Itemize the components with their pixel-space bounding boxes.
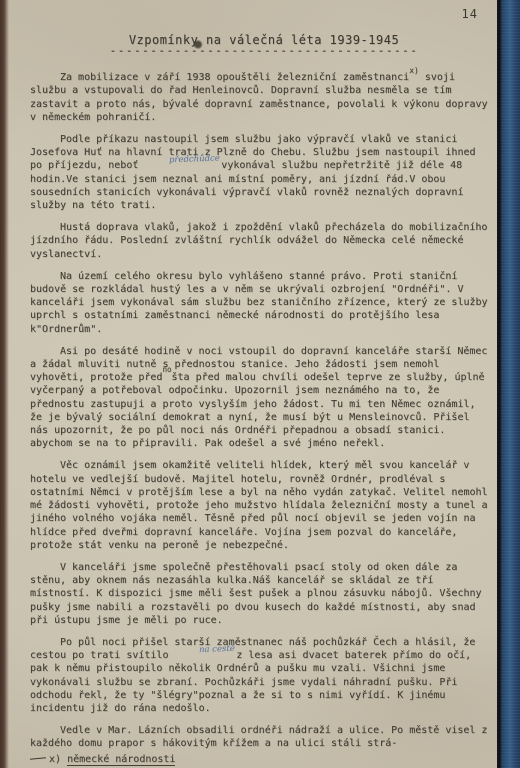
scanned-document-page: 14 Vzpomínky na válečná léta 1939-1945 -…	[0, 0, 520, 768]
book-binding-texture	[500, 0, 520, 768]
paragraph-text: Na území celého okresu bylo vyhlášeno st…	[30, 271, 488, 335]
paragraph-dense-traffic: Hustá doprava vlaků, jakož i zpoždění vl…	[30, 221, 488, 261]
paragraph-patrol-commander: Věc oznámil jsem okamžitě veliteli hlíde…	[30, 459, 488, 551]
paragraph-marianske-lazne: Vedle v Mar. Lázních obsadili ordnéři ná…	[30, 724, 488, 750]
handwritten-insertion: na cestě	[170, 649, 236, 651]
paragraph-office-preparation: V kanceláři jsme společně přestěhovali p…	[30, 561, 488, 627]
footnote-mark: x)	[49, 754, 61, 765]
paragraph-text: Za mobilizace v září 1938 opouštěli žele…	[60, 72, 409, 83]
paragraph-martial-law: Na území celého okresu bylo vyhlášeno st…	[30, 270, 488, 336]
footnote-text: německé národnosti	[67, 754, 175, 767]
title-underline: --------------------------------------	[40, 47, 488, 55]
paragraph-text: Věc oznámil jsem okamžitě veliteli hlíde…	[30, 460, 488, 550]
typed-correction: no	[162, 365, 171, 374]
paragraph-german-visitor: Asi po desáté hodině v noci vstoupil do …	[30, 345, 488, 451]
footnote-stroke	[30, 757, 46, 759]
paragraph-text: V kanceláři jsme společně přestěhovali p…	[30, 562, 482, 626]
page-left-scan-edge	[0, 0, 9, 768]
paragraph-patrolman-report: Po půl noci přišel starší zaměstnanec ná…	[30, 636, 488, 715]
paragraph-mobilization-1938: Za mobilizace v září 1938 opouštěli žele…	[30, 71, 488, 124]
paragraph-text: Hustá doprava vlaků, jakož i zpoždění vl…	[30, 222, 487, 259]
document-body: Vzpomínky na válečná léta 1939-1945 ----…	[30, 34, 488, 766]
page-number: 14	[462, 7, 478, 21]
paragraph-text: Vedle v Mar. Lázních obsadili ordnéři ná…	[30, 725, 487, 749]
footnote-marker: x)	[409, 66, 419, 75]
footnote: x) německé národnosti	[30, 753, 488, 766]
paragraph-text: šta před malou chvíli odešel teprve ze s…	[30, 372, 485, 449]
handwritten-insertion: předchůdce	[139, 159, 220, 162]
paragraph-dispatcher-duty: Podle příkazu nastoupil jsem službu jako…	[30, 133, 488, 212]
